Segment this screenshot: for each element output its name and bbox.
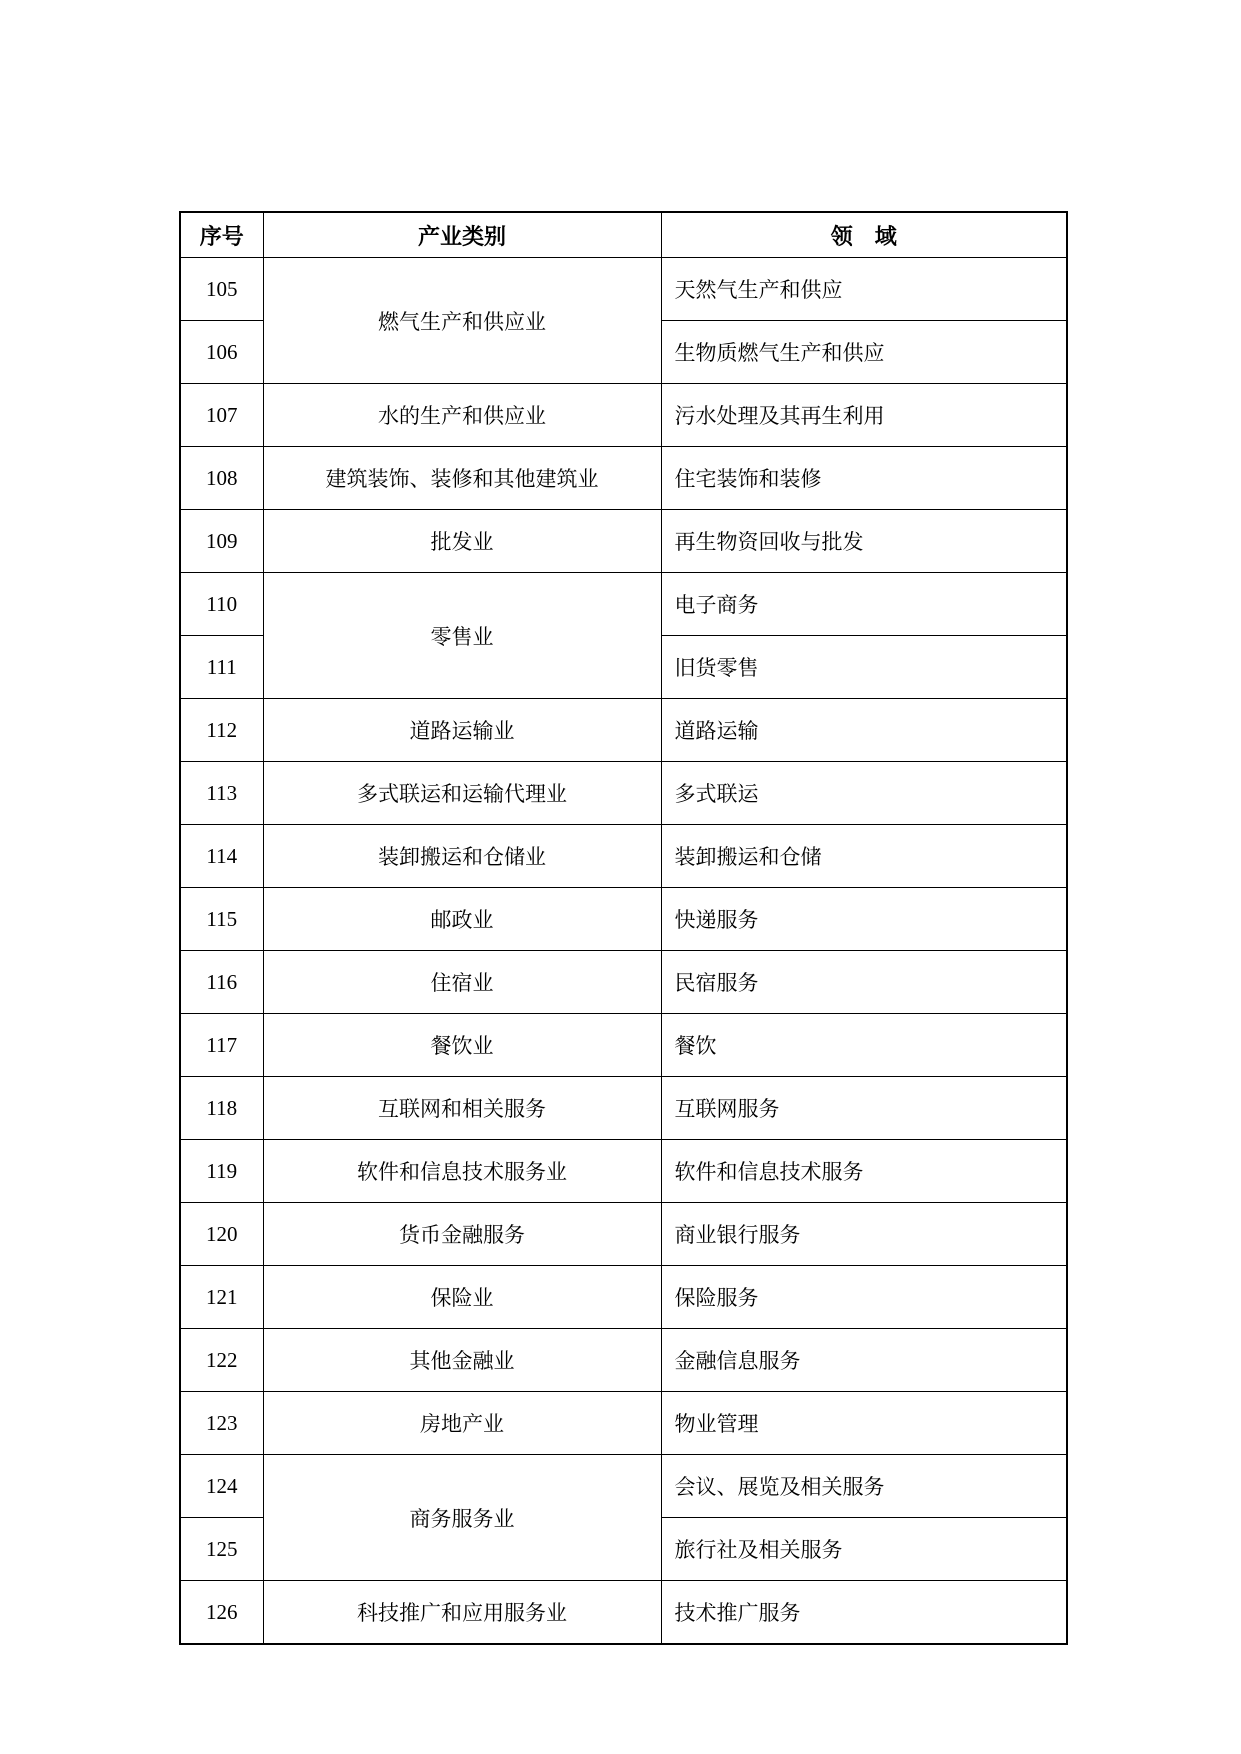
industry-category-cell: 水的生产和供应业: [263, 384, 661, 447]
row-number-cell: 119: [180, 1140, 263, 1203]
industry-category-cell: 邮政业: [263, 888, 661, 951]
table-row: 110零售业电子商务: [180, 573, 1067, 636]
row-number-cell: 117: [180, 1014, 263, 1077]
table-row: 114装卸搬运和仓储业装卸搬运和仓储: [180, 825, 1067, 888]
table-row: 117餐饮业餐饮: [180, 1014, 1067, 1077]
field-cell: 商业银行服务: [661, 1203, 1067, 1266]
industry-category-cell: 批发业: [263, 510, 661, 573]
row-number-cell: 114: [180, 825, 263, 888]
table-row: 107水的生产和供应业污水处理及其再生利用: [180, 384, 1067, 447]
row-number-cell: 118: [180, 1077, 263, 1140]
row-number-cell: 123: [180, 1392, 263, 1455]
row-number-cell: 116: [180, 951, 263, 1014]
field-cell: 会议、展览及相关服务: [661, 1455, 1067, 1518]
table-row: 105燃气生产和供应业天然气生产和供应: [180, 258, 1067, 321]
table-row: 116住宿业民宿服务: [180, 951, 1067, 1014]
table-row: 122其他金融业金融信息服务: [180, 1329, 1067, 1392]
row-number-cell: 120: [180, 1203, 263, 1266]
industry-category-cell: 软件和信息技术服务业: [263, 1140, 661, 1203]
table-row: 121保险业保险服务: [180, 1266, 1067, 1329]
row-number-cell: 106: [180, 321, 263, 384]
row-number-cell: 122: [180, 1329, 263, 1392]
industry-category-cell: 道路运输业: [263, 699, 661, 762]
row-number-cell: 113: [180, 762, 263, 825]
row-number-cell: 124: [180, 1455, 263, 1518]
row-number-cell: 107: [180, 384, 263, 447]
row-number-cell: 110: [180, 573, 263, 636]
industry-category-cell: 商务服务业: [263, 1455, 661, 1581]
row-number-cell: 112: [180, 699, 263, 762]
field-cell: 保险服务: [661, 1266, 1067, 1329]
field-cell: 软件和信息技术服务: [661, 1140, 1067, 1203]
table-row: 113多式联运和运输代理业多式联运: [180, 762, 1067, 825]
row-number-cell: 108: [180, 447, 263, 510]
field-cell: 道路运输: [661, 699, 1067, 762]
industry-category-cell: 餐饮业: [263, 1014, 661, 1077]
table-row: 120货币金融服务商业银行服务: [180, 1203, 1067, 1266]
table-row: 118互联网和相关服务互联网服务: [180, 1077, 1067, 1140]
industry-category-cell: 互联网和相关服务: [263, 1077, 661, 1140]
field-cell: 天然气生产和供应: [661, 258, 1067, 321]
table-row: 126科技推广和应用服务业技术推广服务: [180, 1581, 1067, 1645]
field-cell: 金融信息服务: [661, 1329, 1067, 1392]
industry-category-cell: 其他金融业: [263, 1329, 661, 1392]
field-cell: 旅行社及相关服务: [661, 1518, 1067, 1581]
header-row: 序号 产业类别 领 域: [180, 212, 1067, 258]
field-cell: 快递服务: [661, 888, 1067, 951]
table-row: 124商务服务业会议、展览及相关服务: [180, 1455, 1067, 1518]
field-cell: 再生物资回收与批发: [661, 510, 1067, 573]
row-number-cell: 125: [180, 1518, 263, 1581]
table-row: 112道路运输业道路运输: [180, 699, 1067, 762]
row-number-cell: 121: [180, 1266, 263, 1329]
table-body: 105燃气生产和供应业天然气生产和供应106生物质燃气生产和供应107水的生产和…: [180, 258, 1067, 1645]
field-cell: 生物质燃气生产和供应: [661, 321, 1067, 384]
header-cell-category: 产业类别: [263, 212, 661, 258]
document-page: 序号 产业类别 领 域 105燃气生产和供应业天然气生产和供应106生物质燃气生…: [0, 0, 1241, 1754]
field-cell: 电子商务: [661, 573, 1067, 636]
field-cell: 住宅装饰和装修: [661, 447, 1067, 510]
table-row: 109批发业再生物资回收与批发: [180, 510, 1067, 573]
industry-category-cell: 建筑装饰、装修和其他建筑业: [263, 447, 661, 510]
industry-category-cell: 零售业: [263, 573, 661, 699]
field-cell: 民宿服务: [661, 951, 1067, 1014]
industry-category-cell: 房地产业: [263, 1392, 661, 1455]
industry-category-cell: 燃气生产和供应业: [263, 258, 661, 384]
header-cell-no: 序号: [180, 212, 263, 258]
field-cell: 物业管理: [661, 1392, 1067, 1455]
industry-table: 序号 产业类别 领 域 105燃气生产和供应业天然气生产和供应106生物质燃气生…: [179, 211, 1068, 1645]
industry-category-cell: 货币金融服务: [263, 1203, 661, 1266]
field-cell: 餐饮: [661, 1014, 1067, 1077]
field-cell: 旧货零售: [661, 636, 1067, 699]
field-cell: 多式联运: [661, 762, 1067, 825]
header-cell-field: 领 域: [661, 212, 1067, 258]
table-row: 119软件和信息技术服务业软件和信息技术服务: [180, 1140, 1067, 1203]
row-number-cell: 111: [180, 636, 263, 699]
row-number-cell: 126: [180, 1581, 263, 1645]
table-row: 123房地产业物业管理: [180, 1392, 1067, 1455]
row-number-cell: 109: [180, 510, 263, 573]
field-cell: 装卸搬运和仓储: [661, 825, 1067, 888]
industry-category-cell: 装卸搬运和仓储业: [263, 825, 661, 888]
field-cell: 技术推广服务: [661, 1581, 1067, 1645]
row-number-cell: 105: [180, 258, 263, 321]
field-cell: 污水处理及其再生利用: [661, 384, 1067, 447]
industry-category-cell: 住宿业: [263, 951, 661, 1014]
industry-category-cell: 多式联运和运输代理业: [263, 762, 661, 825]
table-row: 108建筑装饰、装修和其他建筑业住宅装饰和装修: [180, 447, 1067, 510]
row-number-cell: 115: [180, 888, 263, 951]
field-cell: 互联网服务: [661, 1077, 1067, 1140]
industry-category-cell: 保险业: [263, 1266, 661, 1329]
industry-category-cell: 科技推广和应用服务业: [263, 1581, 661, 1645]
table-row: 115邮政业快递服务: [180, 888, 1067, 951]
